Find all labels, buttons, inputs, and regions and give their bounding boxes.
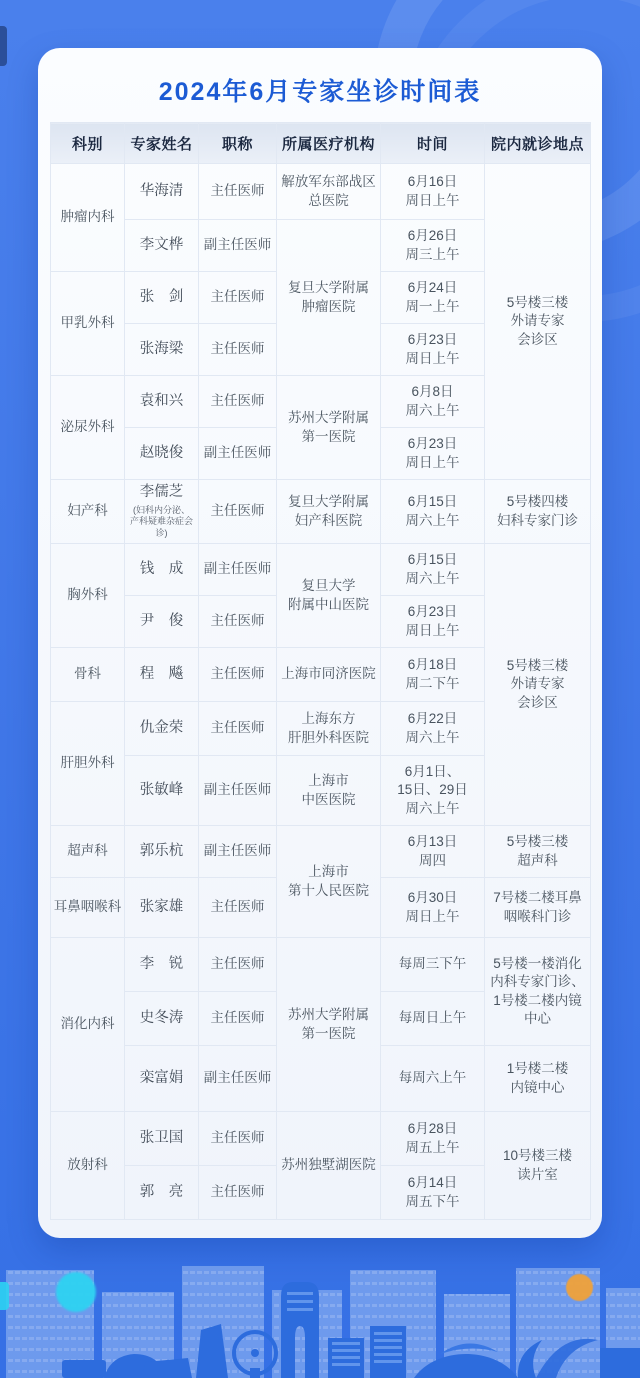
title-cell: 副主任医师 <box>199 220 277 272</box>
title-cell: 副主任医师 <box>199 1046 277 1112</box>
title-cell: 副主任医师 <box>199 428 277 480</box>
time-cell: 6月16日 周日上午 <box>381 164 485 220</box>
org-cell: 上海市同济医院 <box>277 648 381 702</box>
dept-cell: 骨科 <box>51 648 125 702</box>
title-cell: 主任医师 <box>199 1112 277 1166</box>
org-cell: 解放军东部战区 总医院 <box>277 164 381 220</box>
expert-name: 赵晓俊 <box>125 428 199 480</box>
org-cell: 苏州独墅湖医院 <box>277 1112 381 1220</box>
expert-name: 张海梁 <box>125 324 199 376</box>
location-cell: 10号楼三楼 读片室 <box>485 1112 591 1220</box>
header-location: 院内就诊地点 <box>485 123 591 164</box>
expert-name: 张卫国 <box>125 1112 199 1166</box>
expert-name: 张 剑 <box>125 272 199 324</box>
location-cell: 5号楼三楼 外请专家 会诊区 <box>485 544 591 826</box>
dept-cell: 甲乳外科 <box>51 272 125 376</box>
time-cell: 每周日上午 <box>381 992 485 1046</box>
expert-note: (妇科内分泌、 产科疑难杂症会诊) <box>127 505 196 540</box>
time-cell: 6月22日 周六上午 <box>381 702 485 756</box>
location-cell: 7号楼二楼耳鼻 咽喉科门诊 <box>485 878 591 938</box>
title-cell: 主任医师 <box>199 878 277 938</box>
dept-cell: 泌尿外科 <box>51 376 125 480</box>
expert-name-text: 李儒芝 <box>140 484 184 500</box>
title-cell: 主任医师 <box>199 702 277 756</box>
time-cell: 6月28日 周五上午 <box>381 1112 485 1166</box>
dept-cell: 放射科 <box>51 1112 125 1220</box>
dept-cell: 超声科 <box>51 826 125 878</box>
time-cell: 6月23日 周日上午 <box>381 596 485 648</box>
expert-name: 栾富娟 <box>125 1046 199 1112</box>
orange-dot-decoration <box>566 1274 593 1301</box>
dept-cell: 耳鼻咽喉科 <box>51 878 125 938</box>
time-cell: 6月24日 周一上午 <box>381 272 485 324</box>
header-time: 时间 <box>381 123 485 164</box>
title-cell: 主任医师 <box>199 648 277 702</box>
time-cell: 6月23日 周日上午 <box>381 324 485 376</box>
expert-name: 程 飚 <box>125 648 199 702</box>
org-cell: 复旦大学 附属中山医院 <box>277 544 381 648</box>
title-cell: 主任医师 <box>199 992 277 1046</box>
title-cell: 主任医师 <box>199 376 277 428</box>
table-row: 肿瘤内科 华海清 主任医师 解放军东部战区 总医院 6月16日 周日上午 5号楼… <box>51 164 591 220</box>
top-left-notch-decoration <box>0 26 7 66</box>
dept-cell: 妇产科 <box>51 480 125 544</box>
poster: { "page": { "title": "2024年6月专家坐诊时间表" },… <box>0 0 640 1378</box>
expert-name: 华海清 <box>125 164 199 220</box>
title-cell: 主任医师 <box>199 480 277 544</box>
time-cell: 6月13日 周四 <box>381 826 485 878</box>
cyan-dot-decoration <box>56 1272 96 1312</box>
org-cell: 苏州大学附属 第一医院 <box>277 376 381 480</box>
table-row: 消化内科 李 锐 主任医师 苏州大学附属 第一医院 每周三下午 5号楼一楼消化 … <box>51 938 591 992</box>
page-title: 2024年6月专家坐诊时间表 <box>50 58 590 122</box>
dept-cell: 肿瘤内科 <box>51 164 125 272</box>
header-title: 职称 <box>199 123 277 164</box>
time-cell: 6月30日 周日上午 <box>381 878 485 938</box>
expert-name: 袁和兴 <box>125 376 199 428</box>
expert-name: 李 锐 <box>125 938 199 992</box>
title-cell: 主任医师 <box>199 1166 277 1220</box>
city-skyline-illustration <box>0 1236 640 1378</box>
title-cell: 主任医师 <box>199 324 277 376</box>
title-cell: 主任医师 <box>199 596 277 648</box>
org-cell: 复旦大学附属 妇产科医院 <box>277 480 381 544</box>
location-cell: 5号楼四楼 妇科专家门诊 <box>485 480 591 544</box>
location-cell: 5号楼三楼 超声科 <box>485 826 591 878</box>
header-department: 科别 <box>51 123 125 164</box>
expert-name: 仇金荣 <box>125 702 199 756</box>
expert-name: 张家雄 <box>125 878 199 938</box>
expert-name: 郭乐杭 <box>125 826 199 878</box>
org-cell: 复旦大学附属 肿瘤医院 <box>277 220 381 376</box>
expert-name: 史冬涛 <box>125 992 199 1046</box>
schedule-table: 科别 专家姓名 职称 所属医疗机构 时间 院内就诊地点 肿瘤内科 华海清 主任医… <box>50 122 591 1220</box>
dept-cell: 胸外科 <box>51 544 125 648</box>
table-header-row: 科别 专家姓名 职称 所属医疗机构 时间 院内就诊地点 <box>51 123 591 164</box>
time-cell: 6月15日 周六上午 <box>381 544 485 596</box>
table-row: 超声科 郭乐杭 副主任医师 上海市 第十人民医院 6月13日 周四 5号楼三楼 … <box>51 826 591 878</box>
title-cell: 副主任医师 <box>199 544 277 596</box>
time-cell: 6月26日 周三上午 <box>381 220 485 272</box>
time-cell: 每周三下午 <box>381 938 485 992</box>
time-cell: 6月15日 周六上午 <box>381 480 485 544</box>
expert-name: 郭 亮 <box>125 1166 199 1220</box>
cyan-sliver-decoration <box>0 1282 9 1310</box>
title-cell: 主任医师 <box>199 164 277 220</box>
org-cell: 上海东方 肝胆外科医院 <box>277 702 381 756</box>
table-row: 放射科 张卫国 主任医师 苏州独墅湖医院 6月28日 周五上午 10号楼三楼 读… <box>51 1112 591 1166</box>
expert-name: 李儒芝(妇科内分泌、 产科疑难杂症会诊) <box>125 480 199 544</box>
time-cell: 6月8日 周六上午 <box>381 376 485 428</box>
time-cell: 6月23日 周日上午 <box>381 428 485 480</box>
table-row: 妇产科 李儒芝(妇科内分泌、 产科疑难杂症会诊) 主任医师 复旦大学附属 妇产科… <box>51 480 591 544</box>
location-cell: 5号楼一楼消化 内科专家门诊、 1号楼二楼内镜 中心 <box>485 938 591 1046</box>
expert-name: 张敏峰 <box>125 756 199 826</box>
title-cell: 主任医师 <box>199 272 277 324</box>
org-cell: 上海市 第十人民医院 <box>277 826 381 938</box>
org-cell: 上海市 中医医院 <box>277 756 381 826</box>
title-cell: 主任医师 <box>199 938 277 992</box>
schedule-card: 2024年6月专家坐诊时间表 科别 专家姓名 职称 所属医疗机构 时间 院内就诊… <box>38 48 602 1238</box>
expert-name: 尹 俊 <box>125 596 199 648</box>
title-cell: 副主任医师 <box>199 756 277 826</box>
expert-name: 钱 成 <box>125 544 199 596</box>
location-cell: 1号楼二楼 内镜中心 <box>485 1046 591 1112</box>
title-cell: 副主任医师 <box>199 826 277 878</box>
table-row: 胸外科 钱 成 副主任医师 复旦大学 附属中山医院 6月15日 周六上午 5号楼… <box>51 544 591 596</box>
time-cell: 6月1日、 15日、29日 周六上午 <box>381 756 485 826</box>
dept-cell: 消化内科 <box>51 938 125 1112</box>
dept-cell: 肝胆外科 <box>51 702 125 826</box>
header-institution: 所属医疗机构 <box>277 123 381 164</box>
time-cell: 6月18日 周二下午 <box>381 648 485 702</box>
time-cell: 每周六上午 <box>381 1046 485 1112</box>
location-cell: 5号楼三楼 外请专家 会诊区 <box>485 164 591 480</box>
header-expert-name: 专家姓名 <box>125 123 199 164</box>
expert-name: 李文桦 <box>125 220 199 272</box>
org-cell: 苏州大学附属 第一医院 <box>277 938 381 1112</box>
time-cell: 6月14日 周五下午 <box>381 1166 485 1220</box>
background-buildings <box>6 1266 640 1378</box>
